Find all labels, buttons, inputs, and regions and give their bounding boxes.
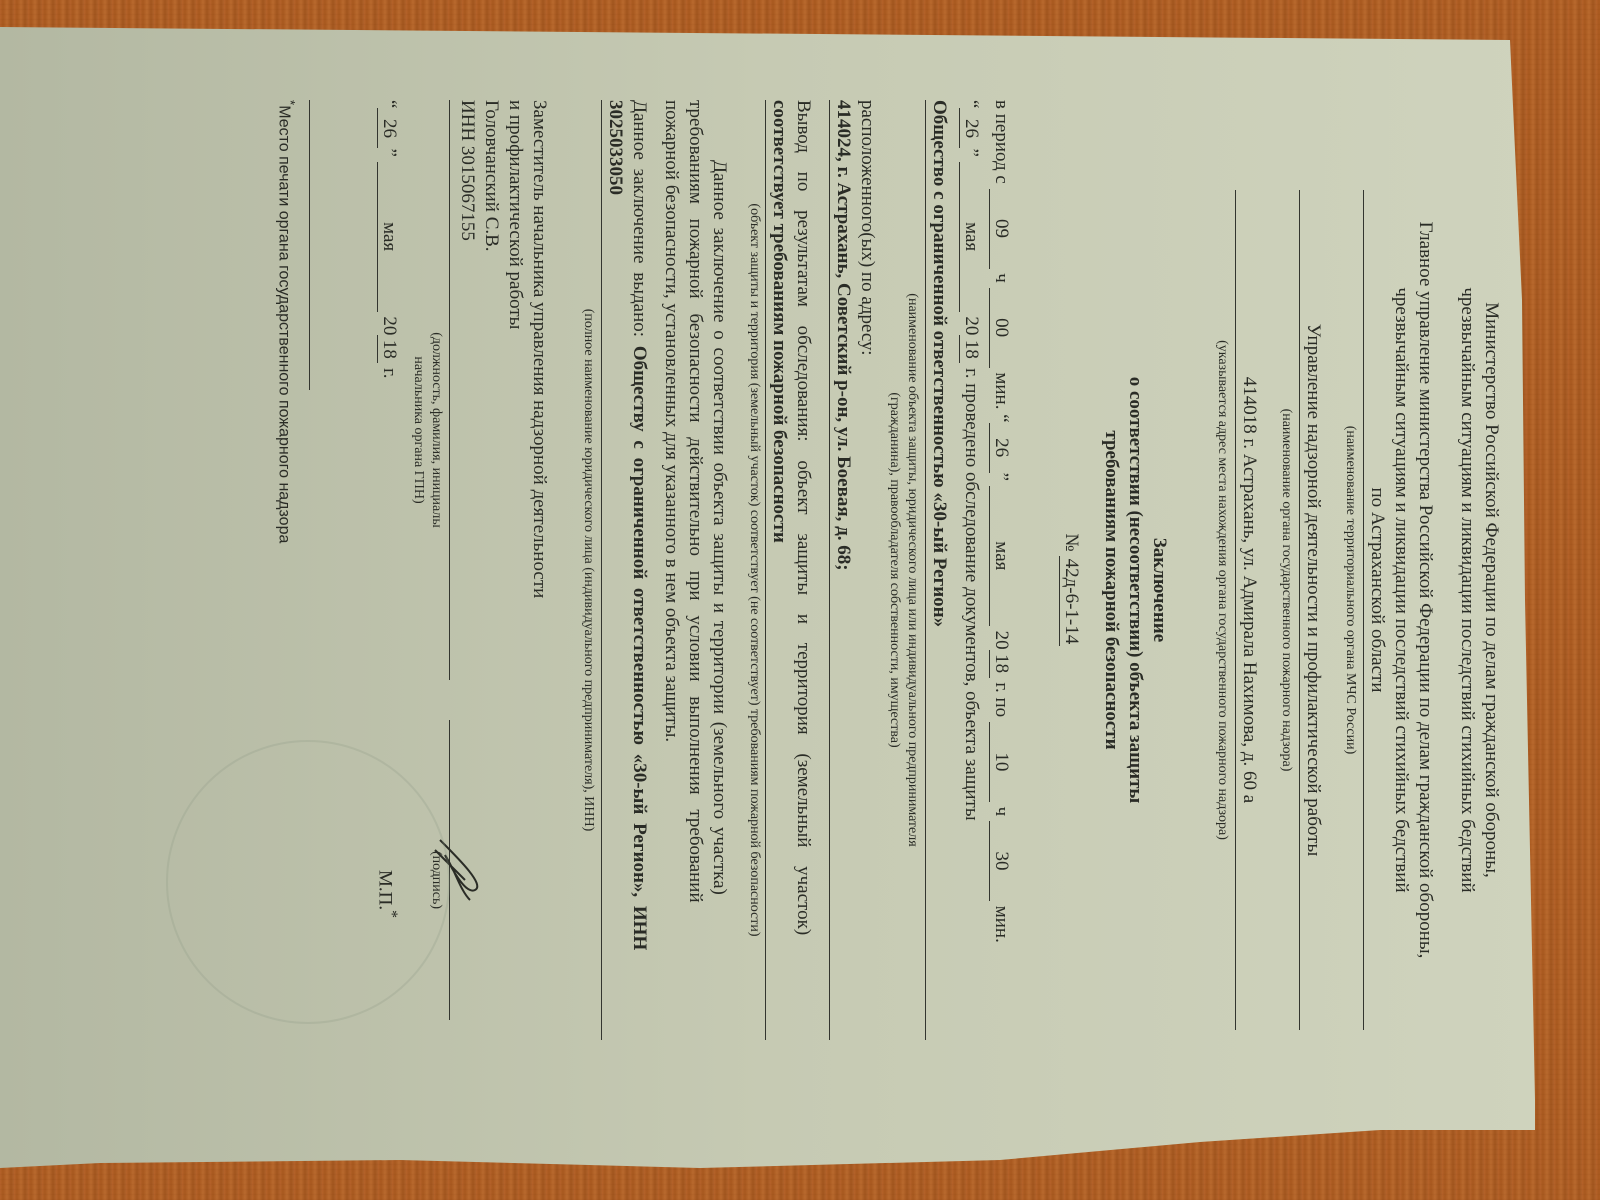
issued-caption: (полное наименование юридического лица (… xyxy=(580,100,596,1040)
object-caption-1: (наименование объекта защиты, юридическо… xyxy=(904,100,920,1040)
ministry-line-2: чрезвычайным ситуациям и ликвидации посл… xyxy=(1456,40,1478,1140)
stamp-marker: * xyxy=(383,910,400,918)
position-caption-1: (должность, фамилия, инициалы xyxy=(428,280,444,580)
object-caption-2: (гражданина), правообладателя собственно… xyxy=(886,100,902,1040)
verdict-caption: (объект защиты и территория (земельный у… xyxy=(746,100,762,1040)
document-number: № 42д-6-1-14 xyxy=(1059,40,1082,1140)
minute-label: мин. xyxy=(991,906,1012,943)
end-hour: 10 xyxy=(989,722,1012,802)
document-title: Заключение xyxy=(1148,40,1170,1140)
end-minute: 30 xyxy=(989,821,1012,901)
issued-label: Данное заключение выдано: xyxy=(629,100,650,337)
end-day: 26 xyxy=(959,108,982,148)
fire-safety-conclusion-document: Министерство Российской Федерации по дел… xyxy=(50,40,1530,1140)
period-tail: г. проведено обследование документов, об… xyxy=(961,368,982,820)
period-line-1: в период с 09 ч 00 мин. “26” мая 2018 г.… xyxy=(989,100,1012,943)
validity-line-3: пожарной безопасности, установленных для… xyxy=(660,100,682,742)
start-year-suffix: 18 xyxy=(989,650,1012,678)
main-directorate-line-2: чрезвычайным ситуациям и ликвидации посл… xyxy=(1390,40,1412,1140)
issued-to: Обществу с ограниченной ответственностью… xyxy=(629,346,650,950)
signatory-name: Головчанский С.В. xyxy=(480,100,502,252)
position-rule xyxy=(449,100,450,680)
address-rule xyxy=(1235,190,1236,1030)
document-subtitle-1: о соответствии (несоответствии) объекта … xyxy=(1124,40,1146,1140)
footnote-rule xyxy=(309,100,310,390)
region-rule xyxy=(1363,190,1364,1030)
period-prefix: в период с xyxy=(991,100,1012,184)
validity-line-1: Данное заключение о соответствии объекта… xyxy=(708,160,730,895)
start-day: 26 xyxy=(989,423,1012,473)
issued-inn: 3025033050 xyxy=(604,100,626,195)
conclusion-text: Вывод по результатам обследования: объек… xyxy=(792,100,814,935)
start-minute: 00 xyxy=(989,288,1012,368)
signatory-position-2: и профилактической работы xyxy=(504,100,526,329)
stamp-placeholder-label: М.П.* xyxy=(374,870,400,918)
start-hour: 09 xyxy=(989,189,1012,269)
address-caption: (указывается адрес места нахождения орга… xyxy=(1214,40,1230,1140)
validity-line-2: требованиям пожарной безопасности действ… xyxy=(684,100,706,903)
object-address-rule xyxy=(829,100,830,1040)
department-rule xyxy=(1299,190,1300,1030)
position-caption-2: начальника органа ГПН) xyxy=(410,280,426,580)
region-name: по Астраханской области xyxy=(1366,40,1388,1140)
hour-label: ч xyxy=(991,273,1012,283)
footnote-text: Место печати органа государственного пож… xyxy=(276,105,293,543)
end-year-suffix: 18 xyxy=(959,335,982,363)
end-month: мая xyxy=(959,162,982,312)
stamp-label: М.П. xyxy=(375,870,396,910)
start-year-prefix: 20 xyxy=(991,631,1012,650)
number-value: 42д-6-1-14 xyxy=(1059,556,1082,646)
hour-label: ч xyxy=(991,807,1012,817)
issue-date: “26” мая 2018 г. xyxy=(377,100,400,379)
start-month: мая xyxy=(989,486,1012,626)
document-subtitle-2: требованиям пожарной безопасности xyxy=(1100,40,1122,1140)
object-rule xyxy=(925,100,926,1040)
period-line-2: “26” мая 2018 г. проведено обследование … xyxy=(959,100,982,821)
issue-year-prefix: 20 xyxy=(379,316,400,335)
main-directorate-line-1: Главное управление министерства Российск… xyxy=(1414,40,1436,1140)
signatory-inn-tail: 5 xyxy=(457,231,478,241)
year-label-to: г. по xyxy=(991,682,1012,717)
issue-day: 26 xyxy=(377,108,400,148)
number-prefix: № xyxy=(1061,534,1082,552)
object-address: 414024, г. Астрахань, Советский р-он, ул… xyxy=(832,100,854,571)
conclusion-verdict: соответствует требованиям пожарной безоп… xyxy=(768,100,790,543)
footnote: *Место печати органа государственного по… xyxy=(275,100,298,543)
located-label: расположенного(ых) по адресу: xyxy=(856,100,878,356)
department-name: Управление надзорной деятельности и проф… xyxy=(1302,40,1324,1140)
minute-label: мин. xyxy=(991,372,1012,409)
issue-year-label: г. xyxy=(379,368,400,378)
department-caption: (наименование органа государственного по… xyxy=(1278,40,1294,1140)
verdict-rule xyxy=(765,100,766,1040)
faint-seal-stamp xyxy=(166,740,450,1024)
region-caption: (наименование территориального органа МЧ… xyxy=(1342,40,1358,1140)
issue-year-suffix: 18 xyxy=(377,335,400,363)
signatory-position-1: Заместитель начальника управления надзор… xyxy=(528,100,550,598)
issued-rule xyxy=(601,100,602,1040)
signatory-inn-value: ИНН 301506715 xyxy=(457,100,478,231)
issued-line: Данное заключение выдано: Обществу с огр… xyxy=(628,100,650,950)
authority-address: 414018 г. Астрахань, ул. Адмирала Нахимо… xyxy=(1238,40,1260,1140)
object-name: Общество с ограниченной ответственностью… xyxy=(928,100,950,627)
end-year-prefix: 20 xyxy=(961,316,982,335)
issue-month: мая xyxy=(377,162,400,312)
signatory-inn: ИНН 3015067155 xyxy=(456,100,478,241)
ministry-line-1: Министерство Российской Федерации по дел… xyxy=(1480,40,1502,1140)
